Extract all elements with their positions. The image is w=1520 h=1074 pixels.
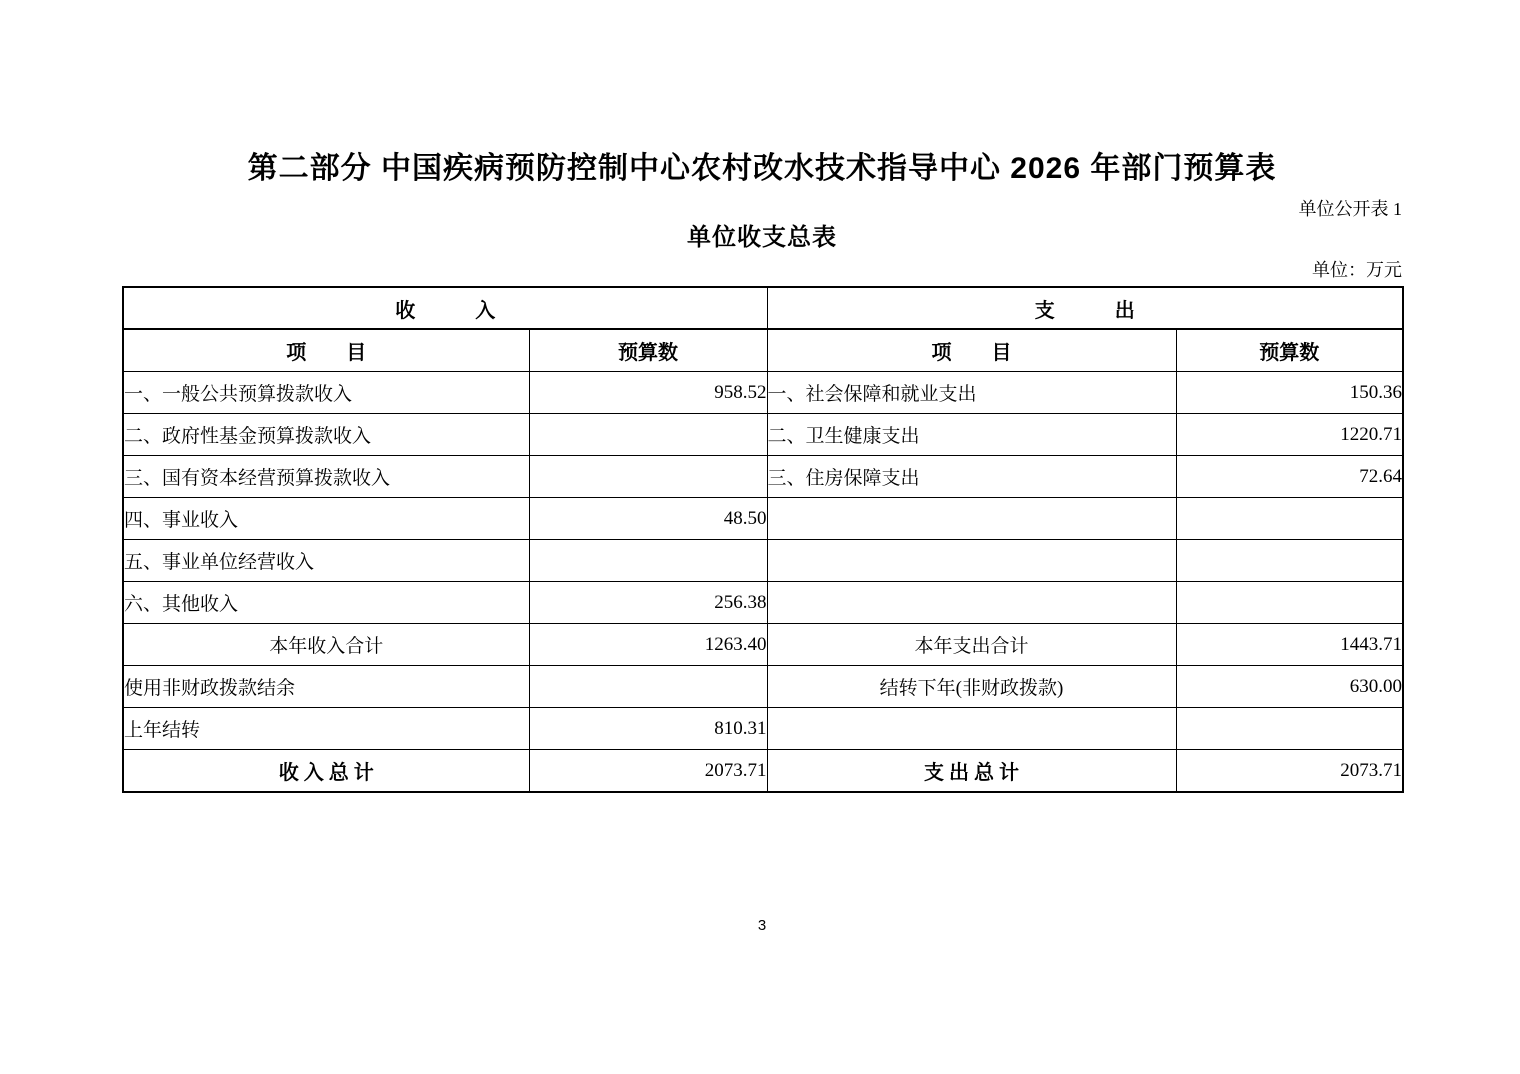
expense-item-column-header: 项 目: [767, 329, 1176, 372]
income-item-cell: 三、国有资本经营预算拨款收入: [123, 456, 529, 498]
page-number: 3: [122, 917, 1402, 935]
expense-total-label-cell: 支 出 总 计: [767, 750, 1176, 793]
budget-table: 收 入 支 出 项 目 预算数 项 目 预算数 一、一般公共预算拨款收入 958…: [122, 286, 1404, 793]
income-item-cell: 一、一般公共预算拨款收入: [123, 372, 529, 414]
expense-value-cell: 1443.71: [1176, 624, 1403, 666]
income-value-cell: 1263.40: [529, 624, 767, 666]
income-value-cell: [529, 414, 767, 456]
page-content: 第二部分 中国疾病预防控制中心农村改水技术指导中心 2026 年部门预算表 单位…: [122, 0, 1402, 935]
table-group-header-row: 收 入 支 出: [123, 287, 1403, 329]
expense-value-cell: 150.36: [1176, 372, 1403, 414]
expense-item-cell: [767, 582, 1176, 624]
table-row: 五、事业单位经营收入: [123, 540, 1403, 582]
page-title: 第二部分 中国疾病预防控制中心农村改水技术指导中心 2026 年部门预算表: [122, 0, 1402, 188]
table-row: 三、国有资本经营预算拨款收入 三、住房保障支出 72.64: [123, 456, 1403, 498]
income-item-cell: 使用非财政拨款结余: [123, 666, 529, 708]
expense-total-value-cell: 2073.71: [1176, 750, 1403, 793]
expense-value-cell: [1176, 582, 1403, 624]
expense-value-cell: 72.64: [1176, 456, 1403, 498]
income-value-cell: [529, 540, 767, 582]
income-value-cell: 958.52: [529, 372, 767, 414]
expense-budget-column-header: 预算数: [1176, 329, 1403, 372]
income-group-header: 收 入: [123, 287, 767, 329]
income-item-cell: 上年结转: [123, 708, 529, 750]
table-label: 单位公开表 1: [122, 199, 1402, 220]
expense-value-cell: [1176, 708, 1403, 750]
table-column-header-row: 项 目 预算数 项 目 预算数: [123, 329, 1403, 372]
income-value-cell: 48.50: [529, 498, 767, 540]
income-value-cell: [529, 456, 767, 498]
table-subtitle: 单位收支总表: [122, 223, 1402, 253]
expense-item-cell: 三、住房保障支出: [767, 456, 1176, 498]
table-row: 上年结转 810.31: [123, 708, 1403, 750]
expense-item-cell: 一、社会保障和就业支出: [767, 372, 1176, 414]
expense-value-cell: [1176, 498, 1403, 540]
expense-group-header: 支 出: [767, 287, 1403, 329]
expense-value-cell: [1176, 540, 1403, 582]
income-value-cell: 256.38: [529, 582, 767, 624]
income-item-cell: 本年收入合计: [123, 624, 529, 666]
income-item-cell: 二、政府性基金预算拨款收入: [123, 414, 529, 456]
income-item-cell: 五、事业单位经营收入: [123, 540, 529, 582]
expense-item-cell: 结转下年(非财政拨款): [767, 666, 1176, 708]
expense-value-cell: 630.00: [1176, 666, 1403, 708]
income-item-cell: 四、事业收入: [123, 498, 529, 540]
expense-item-cell: 二、卫生健康支出: [767, 414, 1176, 456]
expense-item-cell: [767, 498, 1176, 540]
expense-value-cell: 1220.71: [1176, 414, 1403, 456]
expense-item-cell: 本年支出合计: [767, 624, 1176, 666]
income-value-cell: [529, 666, 767, 708]
expense-item-cell: [767, 708, 1176, 750]
table-row: 六、其他收入 256.38: [123, 582, 1403, 624]
income-total-value-cell: 2073.71: [529, 750, 767, 793]
expense-item-cell: [767, 540, 1176, 582]
table-row: 四、事业收入 48.50: [123, 498, 1403, 540]
table-row-total: 收 入 总 计 2073.71 支 出 总 计 2073.71: [123, 750, 1403, 793]
table-row: 使用非财政拨款结余 结转下年(非财政拨款) 630.00: [123, 666, 1403, 708]
income-item-column-header: 项 目: [123, 329, 529, 372]
income-value-cell: 810.31: [529, 708, 767, 750]
income-item-cell: 六、其他收入: [123, 582, 529, 624]
document-page: 第二部分 中国疾病预防控制中心农村改水技术指导中心 2026 年部门预算表 单位…: [0, 0, 1520, 1074]
unit-note: 单位：万元: [122, 260, 1402, 281]
income-budget-column-header: 预算数: [529, 329, 767, 372]
table-row: 二、政府性基金预算拨款收入 二、卫生健康支出 1220.71: [123, 414, 1403, 456]
table-row-subtotal: 本年收入合计 1263.40 本年支出合计 1443.71: [123, 624, 1403, 666]
income-total-label-cell: 收 入 总 计: [123, 750, 529, 793]
table-row: 一、一般公共预算拨款收入 958.52 一、社会保障和就业支出 150.36: [123, 372, 1403, 414]
